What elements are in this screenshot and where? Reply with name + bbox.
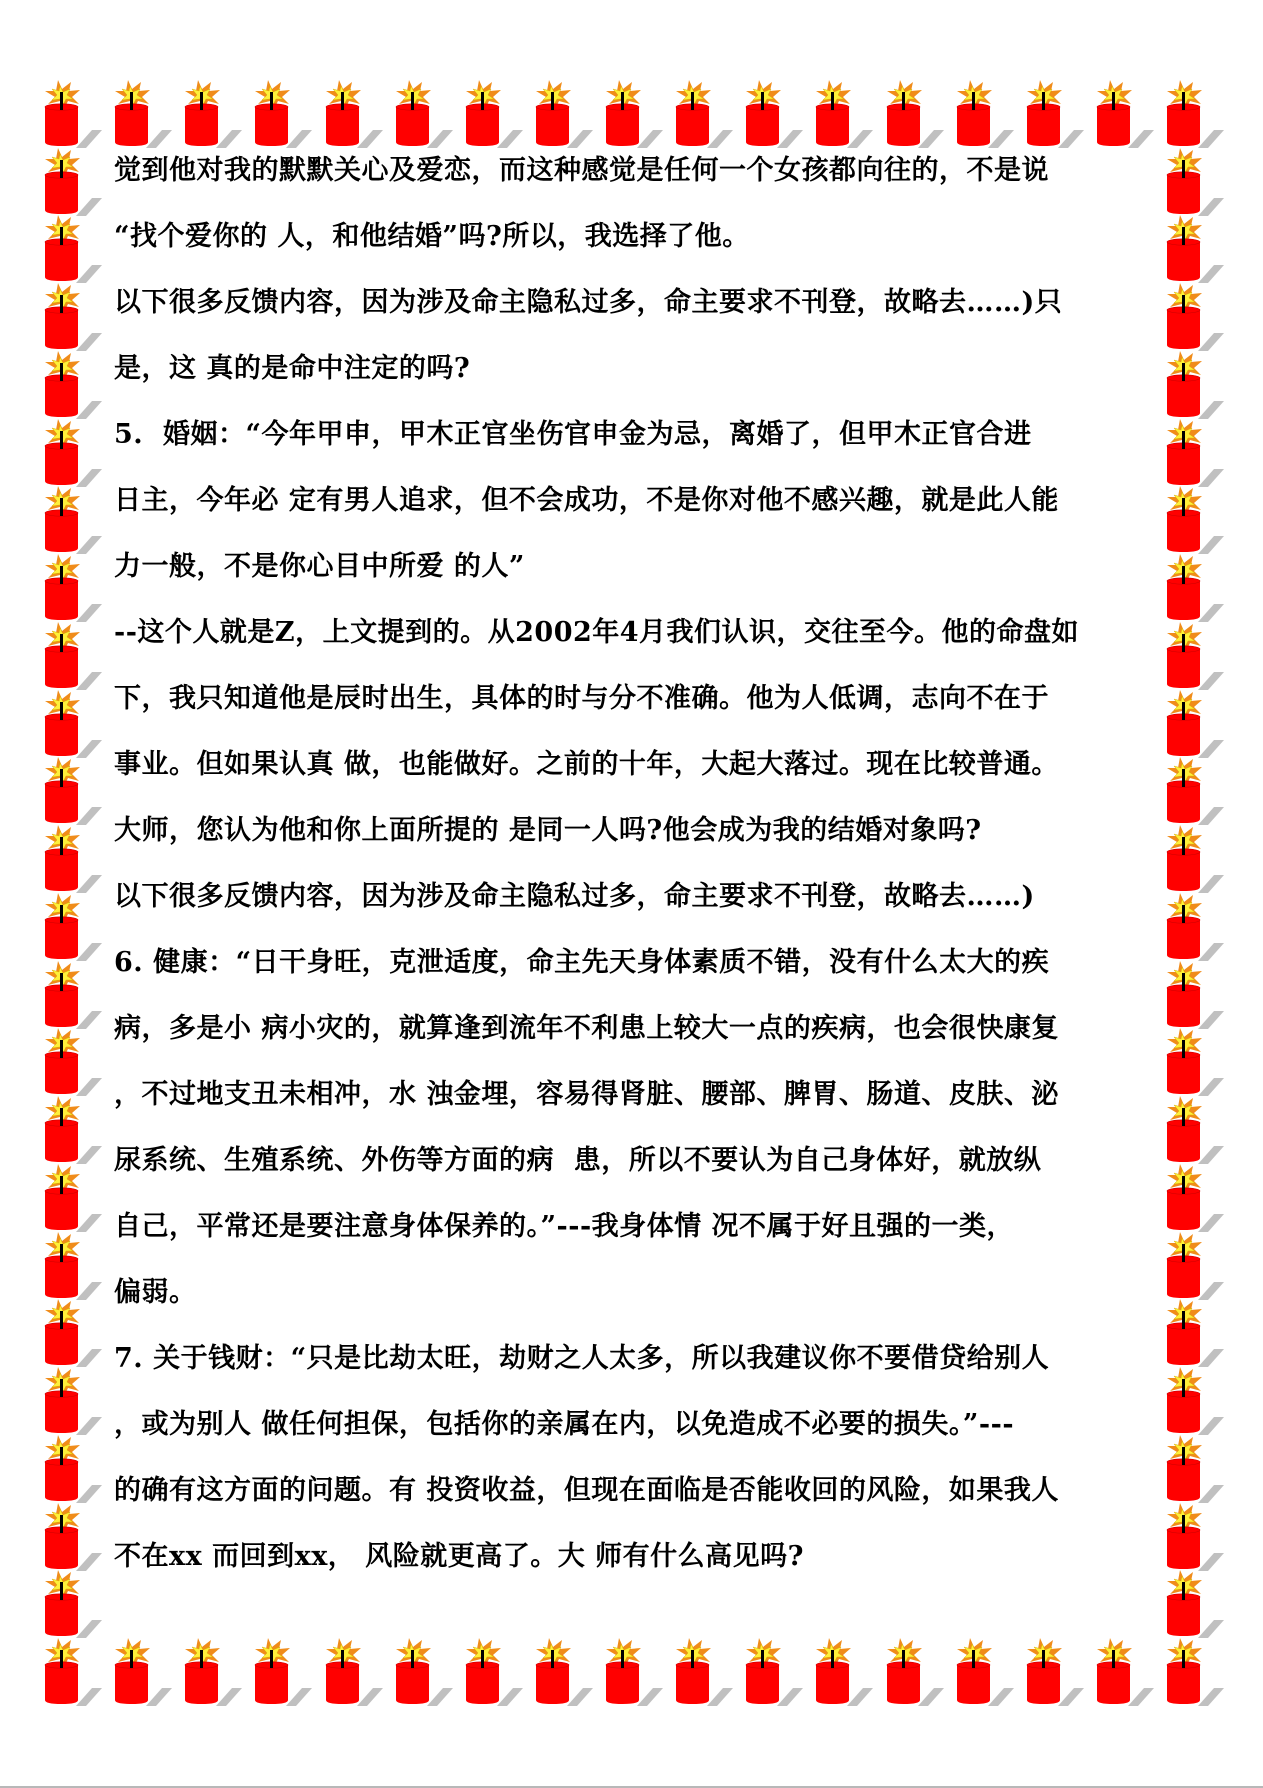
text-line: 偏弱。 <box>114 1267 1154 1333</box>
firecracker-icon <box>42 417 102 489</box>
text-line: “找个爱你的 人，和他结婚”吗?所以，我选择了他。 <box>114 211 1154 277</box>
firecracker-icon <box>743 78 803 150</box>
firecracker-icon <box>42 1501 102 1573</box>
firecracker-icon <box>1094 1636 1154 1708</box>
firecracker-icon <box>743 1636 803 1708</box>
text-line: 大师，您认为他和你上面所提的 是同一人吗?他会成为我的结婚对象吗? <box>114 805 1154 871</box>
firecracker-icon <box>1164 146 1224 218</box>
firecracker-icon <box>1164 1636 1224 1708</box>
firecracker-icon <box>1164 1026 1224 1098</box>
firecracker-icon <box>42 1026 102 1098</box>
text-line: 以下很多反馈内容，因为涉及命主隐私过多，命主要求不刊登，故略去……)只 <box>114 277 1154 343</box>
firecracker-icon <box>1164 620 1224 692</box>
firecracker-icon <box>1164 552 1224 624</box>
text-line: 事业。但如果认真 做，也能做好。之前的十年，大起大落过。现在比较普通。 <box>114 739 1154 805</box>
firecracker-icon <box>42 1162 102 1234</box>
firecracker-icon <box>884 78 944 150</box>
firecracker-icon <box>1164 1365 1224 1437</box>
firecracker-icon <box>112 78 172 150</box>
document-page: 觉到他对我的默默关心及爱恋，而这种感觉是任何一个女孩都向往的，不是说 “找个爱你… <box>0 0 1263 1787</box>
firecracker-icon <box>533 1636 593 1708</box>
firecracker-icon <box>182 1636 242 1708</box>
firecracker-icon <box>673 1636 733 1708</box>
firecracker-icon <box>42 1297 102 1369</box>
firecracker-icon <box>1164 1297 1224 1369</box>
firecracker-icon <box>1024 78 1084 150</box>
firecracker-icon <box>954 78 1014 150</box>
firecracker-icon <box>42 620 102 692</box>
firecracker-icon <box>42 146 102 218</box>
firecracker-icon <box>42 78 102 150</box>
firecracker-icon <box>533 78 593 150</box>
firecracker-icon <box>813 78 873 150</box>
firecracker-icon <box>42 1230 102 1302</box>
firecracker-icon <box>42 349 102 421</box>
text-line: 以下很多反馈内容，因为涉及命主隐私过多，命主要求不刊登，故略去……) <box>114 871 1154 937</box>
firecracker-icon <box>1164 1094 1224 1166</box>
text-line: 是，这 真的是命中注定的吗? <box>114 343 1154 409</box>
text-line: 尿系统、生殖系统、外伤等方面的病 患，所以不要认为自己身体好，就放纵 <box>114 1135 1154 1201</box>
firecracker-icon <box>42 1094 102 1166</box>
firecracker-icon <box>1164 1501 1224 1573</box>
firecracker-icon <box>1164 1433 1224 1505</box>
firecracker-icon <box>954 1636 1014 1708</box>
text-line: 6. 健康：“日干身旺，克泄适度，命主先天身体素质不错，没有什么太大的疾 <box>114 937 1154 1003</box>
text-line: ，或为别人 做任何担保，包括你的亲属在内，以免造成不必要的损失。”--- <box>114 1399 1154 1465</box>
firecracker-icon <box>1164 1230 1224 1302</box>
text-line: 自己，平常还是要注意身体保养的。”---我身体情 况不属于好且强的一类， <box>114 1201 1154 1267</box>
firecracker-icon <box>1164 484 1224 556</box>
firecracker-icon <box>884 1636 944 1708</box>
firecracker-icon <box>1094 78 1154 150</box>
firecracker-icon <box>673 78 733 150</box>
text-line: 不在xx 而回到xx， 风险就更高了。大 师有什么高见吗? <box>114 1531 1154 1597</box>
firecracker-icon <box>42 688 102 760</box>
firecracker-icon <box>1164 891 1224 963</box>
firecracker-icon <box>1164 1162 1224 1234</box>
firecracker-icon <box>1164 417 1224 489</box>
firecracker-icon <box>393 78 453 150</box>
firecracker-icon <box>1024 1636 1084 1708</box>
text-line: 5. 婚姻：“今年甲申，甲木正官坐伤官申金为忌，离婚了，但甲木正官合进 <box>114 409 1154 475</box>
text-line: 日主，今年必 定有男人追求，但不会成功，不是你对他不感兴趣，就是此人能 <box>114 475 1154 541</box>
firecracker-icon <box>252 1636 312 1708</box>
firecracker-icon <box>1164 959 1224 1031</box>
firecracker-icon <box>42 281 102 353</box>
text-line: 力一般，不是你心目中所爱 的人” <box>114 541 1154 607</box>
firecracker-icon <box>42 1568 102 1640</box>
firecracker-icon <box>112 1636 172 1708</box>
firecracker-icon <box>42 823 102 895</box>
document-body: 觉到他对我的默默关心及爱恋，而这种感觉是任何一个女孩都向往的，不是说 “找个爱你… <box>114 145 1154 1597</box>
text-line: --这个人就是Z，上文提到的。从2002年4月我们认识，交往至今。他的命盘如 <box>114 607 1154 673</box>
text-line: ，不过地支丑未相冲，水 浊金埋，容易得肾脏、腰部、脾胃、肠道、皮肤、泌 <box>114 1069 1154 1135</box>
text-line: 下，我只知道他是辰时出生，具体的时与分不准确。他为人低调，志向不在于 <box>114 673 1154 739</box>
firecracker-icon <box>1164 349 1224 421</box>
text-line: 的确有这方面的问题。有 投资收益，但现在面临是否能收回的风险，如果我人 <box>114 1465 1154 1531</box>
firecracker-icon <box>1164 688 1224 760</box>
firecracker-icon <box>323 78 383 150</box>
firecracker-icon <box>463 78 523 150</box>
firecracker-icon <box>1164 1568 1224 1640</box>
firecracker-icon <box>42 213 102 285</box>
firecracker-icon <box>42 755 102 827</box>
firecracker-icon <box>42 1636 102 1708</box>
firecracker-icon <box>1164 823 1224 895</box>
firecracker-icon <box>1164 755 1224 827</box>
firecracker-icon <box>42 891 102 963</box>
firecracker-icon <box>813 1636 873 1708</box>
text-line: 觉到他对我的默默关心及爱恋，而这种感觉是任何一个女孩都向往的，不是说 <box>114 145 1154 211</box>
firecracker-icon <box>42 959 102 1031</box>
firecracker-icon <box>393 1636 453 1708</box>
firecracker-icon <box>603 1636 663 1708</box>
firecracker-icon <box>463 1636 523 1708</box>
firecracker-icon <box>42 552 102 624</box>
text-line: 病，多是小 病小灾的，就算逢到流年不利患上较大一点的疾病，也会很快康复 <box>114 1003 1154 1069</box>
firecracker-icon <box>1164 78 1224 150</box>
firecracker-icon <box>252 78 312 150</box>
firecracker-icon <box>182 78 242 150</box>
text-line: 7. 关于钱财：“只是比劫太旺，劫财之人太多，所以我建议你不要借贷给别人 <box>114 1333 1154 1399</box>
firecracker-icon <box>1164 281 1224 353</box>
firecracker-icon <box>323 1636 383 1708</box>
firecracker-icon <box>42 1433 102 1505</box>
firecracker-icon <box>603 78 663 150</box>
firecracker-icon <box>42 1365 102 1437</box>
firecracker-icon <box>1164 213 1224 285</box>
firecracker-icon <box>42 484 102 556</box>
